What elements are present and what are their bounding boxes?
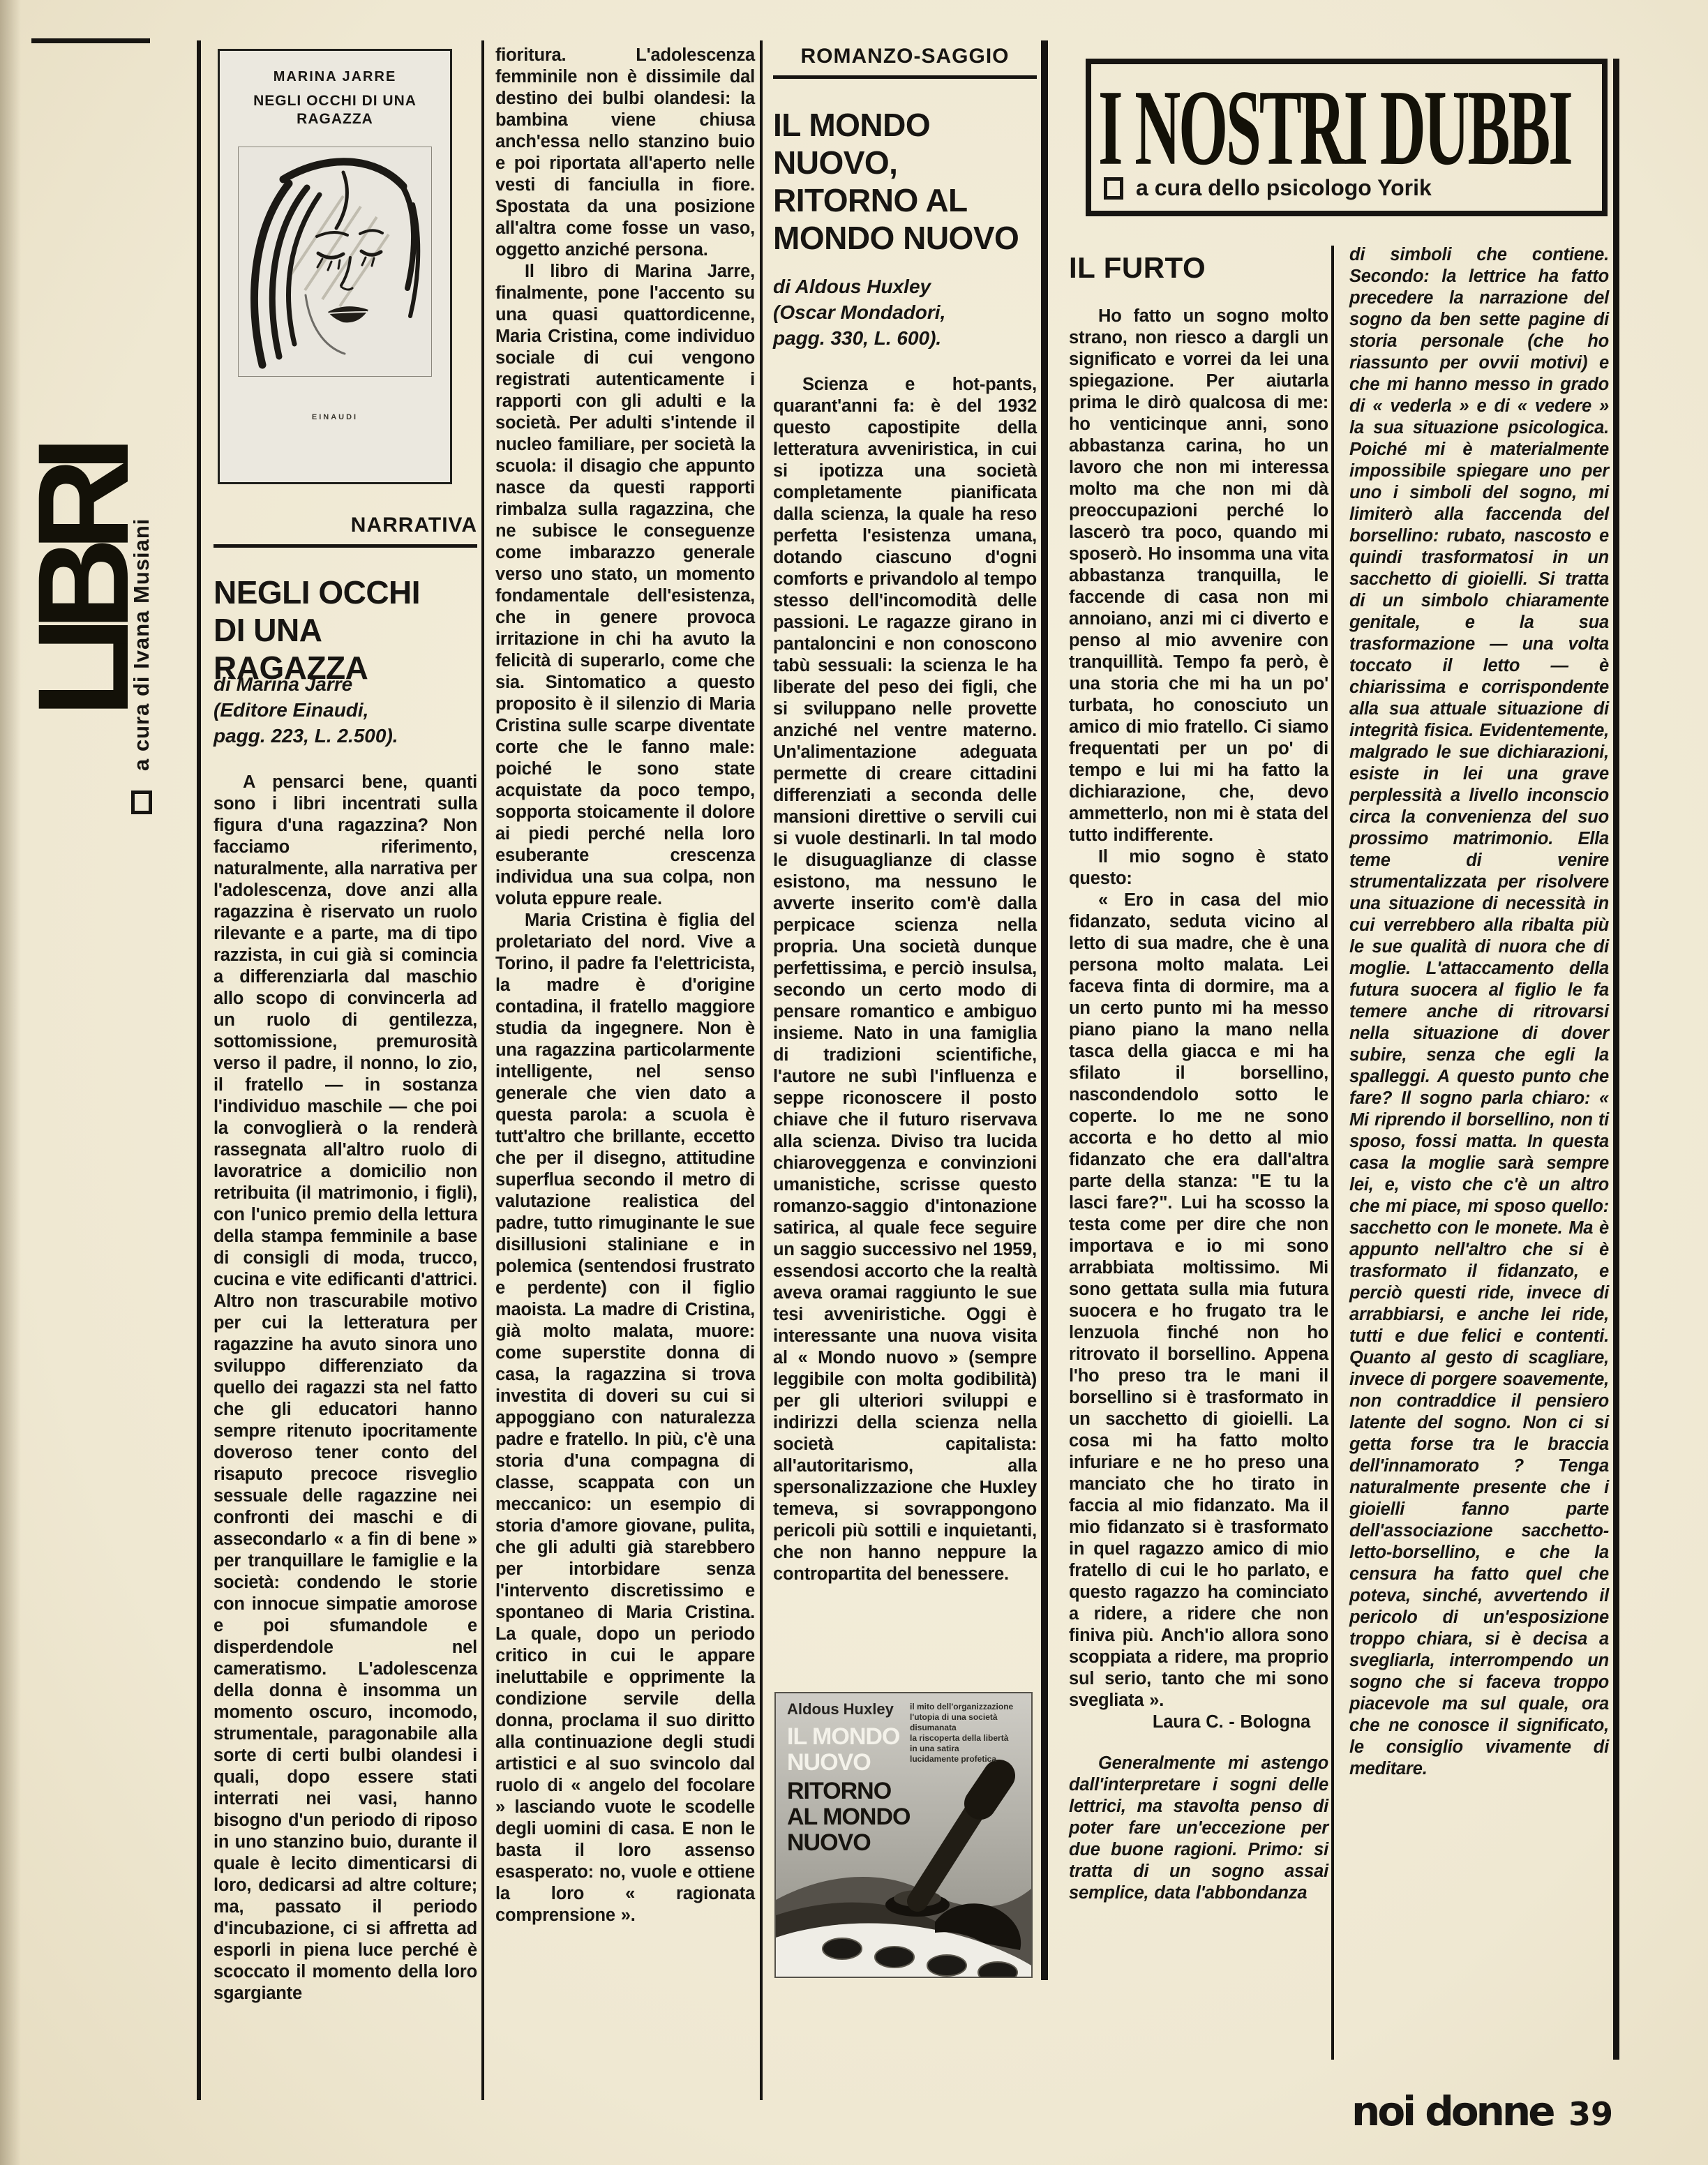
checkbox-icon	[1104, 177, 1123, 200]
cover-title: NEGLI OCCHI DI UNA RAGAZZA	[230, 92, 440, 128]
psychologist-reply-start: Generalmente mi astengo dall'interpretar…	[1069, 1753, 1328, 1904]
letter-paragraph: « Ero in casa del mio fidanzato, seduta …	[1069, 890, 1328, 1711]
magazine-logo: noi donne	[1351, 2088, 1553, 2135]
article-title-narrativa: NEGLI OCCHI DI UNA RAGAZZA	[213, 574, 477, 687]
left-border-rule	[197, 40, 201, 2100]
paragraph: fioritura. L'adolescenza femminile non è…	[495, 45, 755, 261]
article-title-il-furto: IL FURTO	[1069, 251, 1206, 285]
checkbox-icon	[131, 791, 152, 814]
cover-blurb: il mito dell'organizzazione l'utopia di …	[910, 1702, 1030, 1765]
article-byline-narrativa: di Marina Jarre (Editore Einaudi, pagg. …	[213, 671, 477, 749]
section-box-i-nostri-dubbi: I NOSTRI DUBBI a cura dello psicologo Yo…	[1086, 59, 1608, 216]
cover-author: MARINA JARRE	[230, 69, 440, 85]
paragraph: A pensarci bene, quanti sono i libri inc…	[213, 772, 477, 2005]
article-column-1: A pensarci bene, quanti sono i libri inc…	[213, 772, 477, 2005]
article-column-2: fioritura. L'adolescenza femminile non è…	[495, 45, 755, 1926]
book-cover-einaudi: MARINA JARRE NEGLI OCCHI DI UNA RAGAZZA	[218, 49, 452, 484]
column-divider-4	[1331, 246, 1334, 2060]
letter-column: Ho fatto un sogno molto strano, non ries…	[1069, 306, 1328, 1904]
article-byline-mondo-nuovo: di Aldous Huxley (Oscar Mondadori, pagg.…	[773, 274, 1037, 351]
masthead-top-rule	[31, 38, 150, 43]
paragraph: Il libro di Marina Jarre, finalmente, po…	[495, 261, 755, 910]
section-curator: a cura dello psicologo Yorik	[1104, 175, 1432, 201]
girl-face-sketch-illustration	[238, 147, 432, 377]
page-footer: noi donne 39	[1186, 2088, 1613, 2135]
cover-author: Aldous Huxley	[787, 1700, 894, 1718]
scan-edge-shadow	[0, 0, 21, 2165]
cover-title-black: RITORNO AL MONDO NUOVO	[787, 1778, 910, 1856]
letter-paragraph: Ho fatto un sogno molto strano, non ries…	[1069, 306, 1328, 846]
rubric-label: ROMANZO-SAGGIO	[801, 45, 1010, 68]
letter-paragraph: Il mio sogno è stato questo:	[1069, 846, 1328, 890]
curator-label: a cura dello psicologo Yorik	[1136, 175, 1432, 201]
article-column-3: Scienza e hot-pants, quarant'anni fa: è …	[773, 374, 1037, 1585]
rubric-underline	[773, 75, 1037, 79]
rubric-romanzo-saggio: ROMANZO-SAGGIO	[773, 45, 1037, 68]
article-title-mondo-nuovo: IL MONDO NUOVO, RITORNO AL MONDO NUOVO	[773, 106, 1037, 257]
cover-title-white: IL MONDO NUOVO	[787, 1724, 899, 1776]
paragraph: Maria Cristina è figlia del proletariato…	[495, 910, 755, 1926]
reply-paragraph: di simboli che contiene. Secondo: la let…	[1349, 244, 1609, 1780]
section-title: I NOSTRI DUBBI	[1098, 66, 1571, 189]
letter-signature: Laura C. - Bologna	[1069, 1711, 1328, 1733]
paragraph: Scienza e hot-pants, quarant'anni fa: è …	[773, 374, 1037, 1585]
psychologist-reply-column: di simboli che contiene. Secondo: la let…	[1349, 244, 1609, 1780]
page-number: 39	[1568, 2095, 1613, 2133]
cover-imprint: EINAUDI	[230, 413, 440, 421]
column-divider-1	[481, 40, 484, 2100]
book-cover-mondadori: Aldous Huxley IL MONDO NUOVO RITORNO AL …	[774, 1692, 1033, 1978]
rubric-label: NARRATIVA	[351, 514, 477, 537]
column-divider-3-thick	[1041, 40, 1048, 1980]
section-curator-strip: a cura di Ivana Musiani	[110, 380, 173, 841]
right-border-rule-thick	[1613, 59, 1619, 2060]
rubric-underline	[213, 544, 477, 548]
rubric-narrativa: NARRATIVA	[213, 514, 477, 537]
magazine-page: LIBRI a cura di Ivana Musiani MARINA JAR…	[0, 0, 1708, 2165]
curator-byline: a cura di Ivana Musiani	[129, 380, 154, 771]
column-divider-2	[760, 40, 763, 2100]
